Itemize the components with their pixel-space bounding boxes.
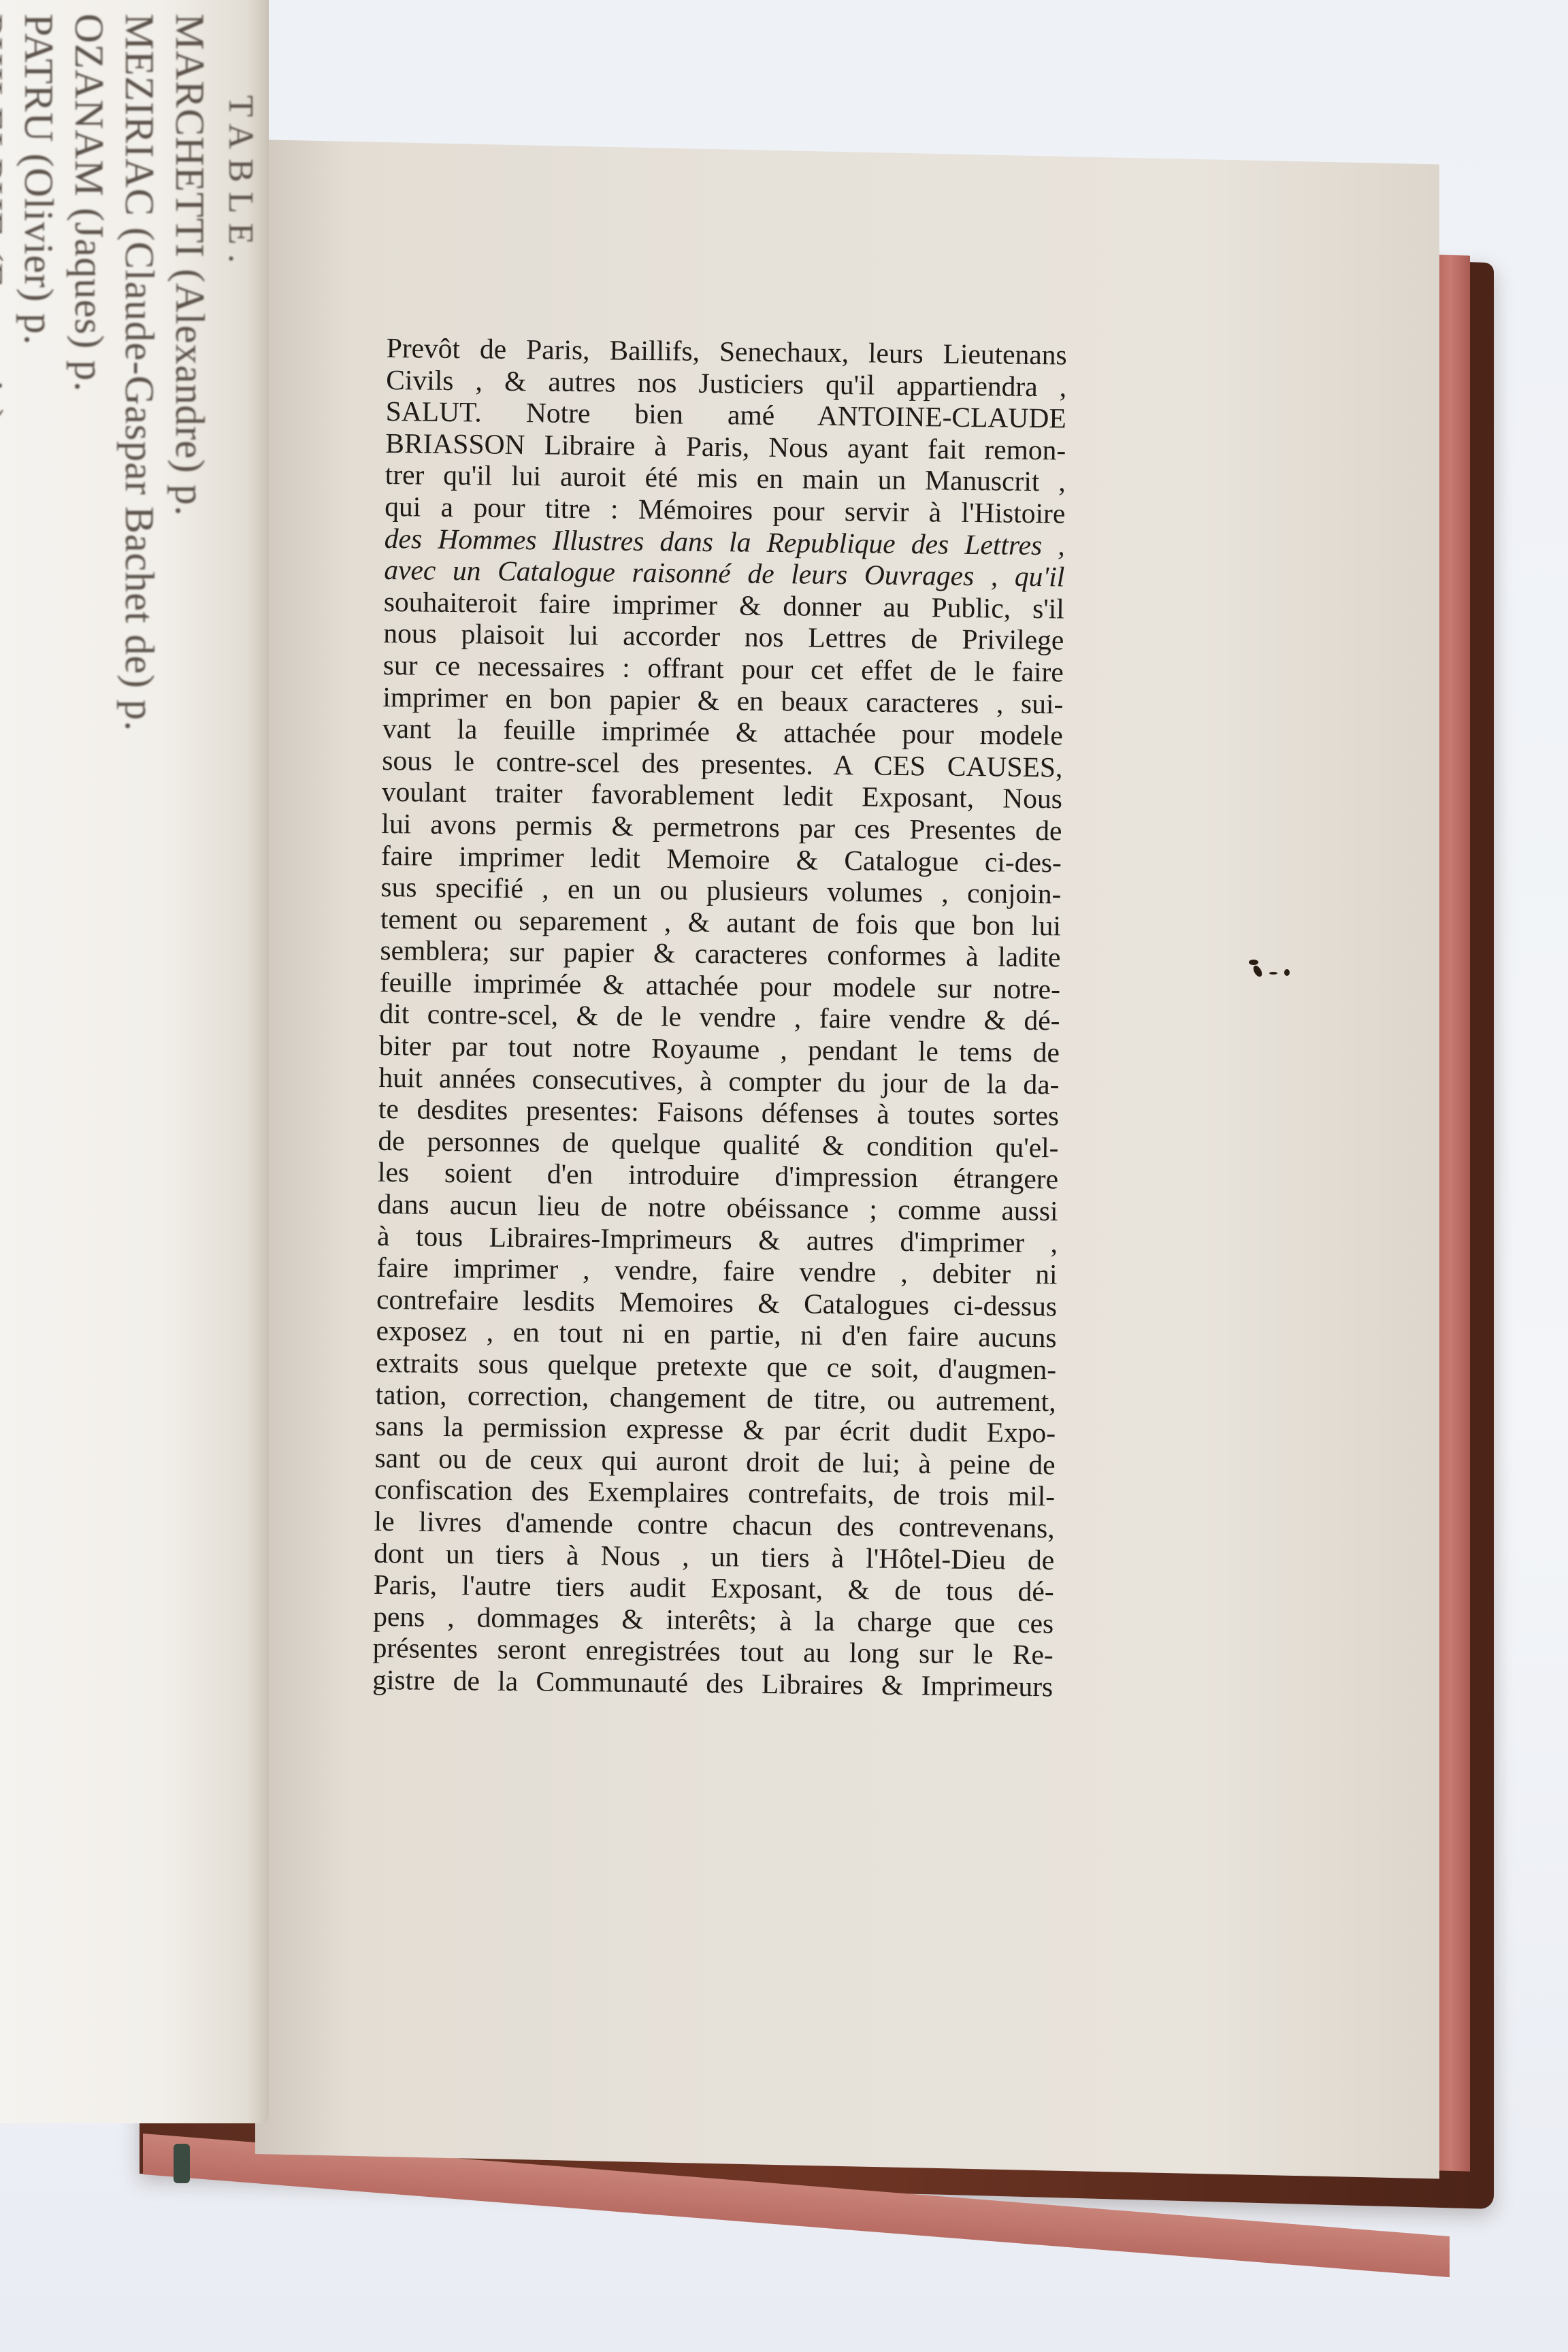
table-header: TABLE. (215, 95, 265, 2055)
table-entry: OZANAM (Jaques) p. (64, 14, 114, 2055)
table-entry: PATRU (Olivier) p. (14, 14, 64, 2055)
privilege-text-block: Prevôt de Paris, Baillifs, Senechaux, le… (372, 332, 1067, 1703)
binding-thread (174, 2144, 190, 2183)
table-entry: MEZIRIAC (Claude-Gaspar Bachet de) p. (114, 14, 165, 2055)
table-entry: MARCHETTI (Alexandre) p. (165, 14, 215, 2055)
left-page: TABLE. MARCHETTI (Alexandre) p. MEZIRIAC… (0, 0, 269, 2123)
red-page-edge-right (1437, 255, 1470, 2171)
left-page-text: TABLE. MARCHETTI (Alexandre) p. MEZIRIAC… (0, 14, 265, 2055)
table-entry: PHILELPHE (François) p. (0, 14, 14, 2055)
ink-stain (1249, 960, 1296, 980)
